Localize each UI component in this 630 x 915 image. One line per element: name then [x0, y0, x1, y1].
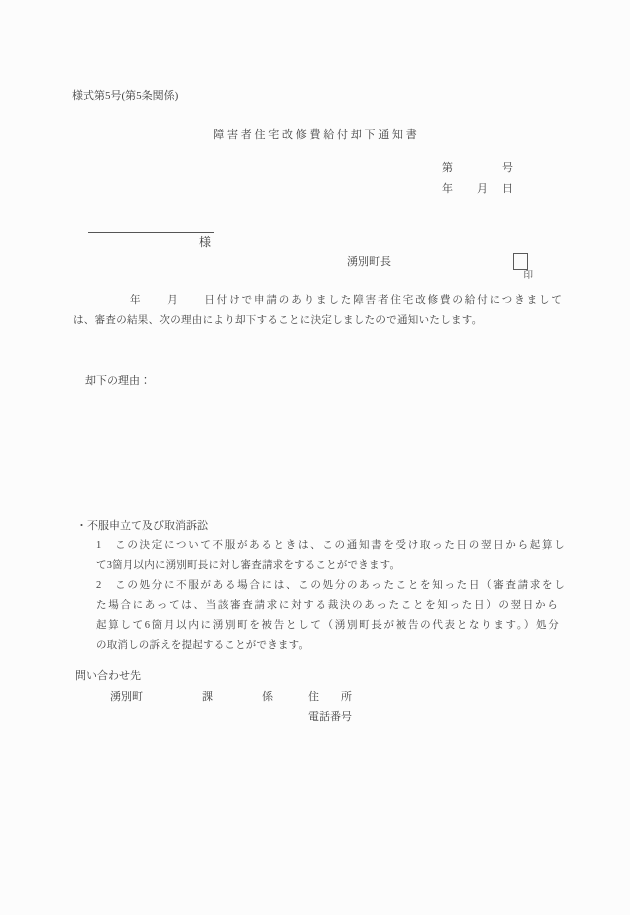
contact-department-label: 課	[202, 688, 213, 704]
contact-section-heading: 問い合わせ先	[75, 667, 141, 683]
date-month-label: 月	[477, 180, 488, 196]
appeal-item2-line4: の取消しの訴えを提起することができます。	[96, 637, 309, 652]
appeal-item1-line1: 1 この決定について不服があるときは、この通知書を受け取った日の翌日から起算し	[96, 537, 566, 552]
appeal-item1-line2: て3箇月以内に湧別町長に対し審査請求をすることができます。	[96, 557, 400, 572]
rejection-reason-label: 却下の理由：	[85, 372, 151, 388]
date-day-label: 日	[502, 180, 513, 196]
rejection-notice-document: 様式第5号(第5条関係) 障 害 者 住 宅 改 修 費 給 付 却 下 通 知…	[0, 0, 630, 915]
appeal-item2-line2: た場合にあっては、当該審査請求に対する裁決のあったことを知った日）の翌日から	[96, 597, 559, 612]
sender-title: 湧別町長	[347, 253, 391, 269]
contact-address-label: 住 所	[308, 688, 352, 704]
contact-phone-label: 電話番号	[308, 708, 352, 724]
doc-number-prefix: 第	[442, 159, 453, 175]
seal-box: 印	[513, 253, 528, 270]
body-text-line-2: は、審査の結果、次の理由により却下することに決定しましたので通知いたします。	[73, 312, 483, 327]
document-title: 障 害 者 住 宅 改 修 費 給 付 却 下 通 知 書	[0, 126, 630, 142]
addressee-suffix: 様	[199, 235, 211, 249]
seal-character: 印	[524, 271, 534, 281]
form-number: 様式第5号(第5条関係)	[72, 87, 178, 103]
addressee-blank-line: 様	[88, 211, 214, 233]
doc-number-suffix: 号	[502, 159, 513, 175]
appeal-item2-line3: 起算して6箇月以内に湧別町を被告として（湧別町長が被告の代表となります。）処分	[96, 617, 560, 632]
appeal-item2-line1: 2 この処分に不服がある場合には、この処分のあったことを知った日（審査請求をし	[96, 577, 566, 592]
contact-town-label: 湧別町	[110, 688, 143, 704]
date-year-label: 年	[442, 180, 453, 196]
contact-section-label: 係	[262, 688, 273, 704]
body-text-line-1: 年 月 日付けで申請のありました障害者住宅改修費の給付につきまして	[130, 292, 564, 307]
appeal-section-heading: ・不服申立て及び取消訴訟	[76, 517, 208, 533]
